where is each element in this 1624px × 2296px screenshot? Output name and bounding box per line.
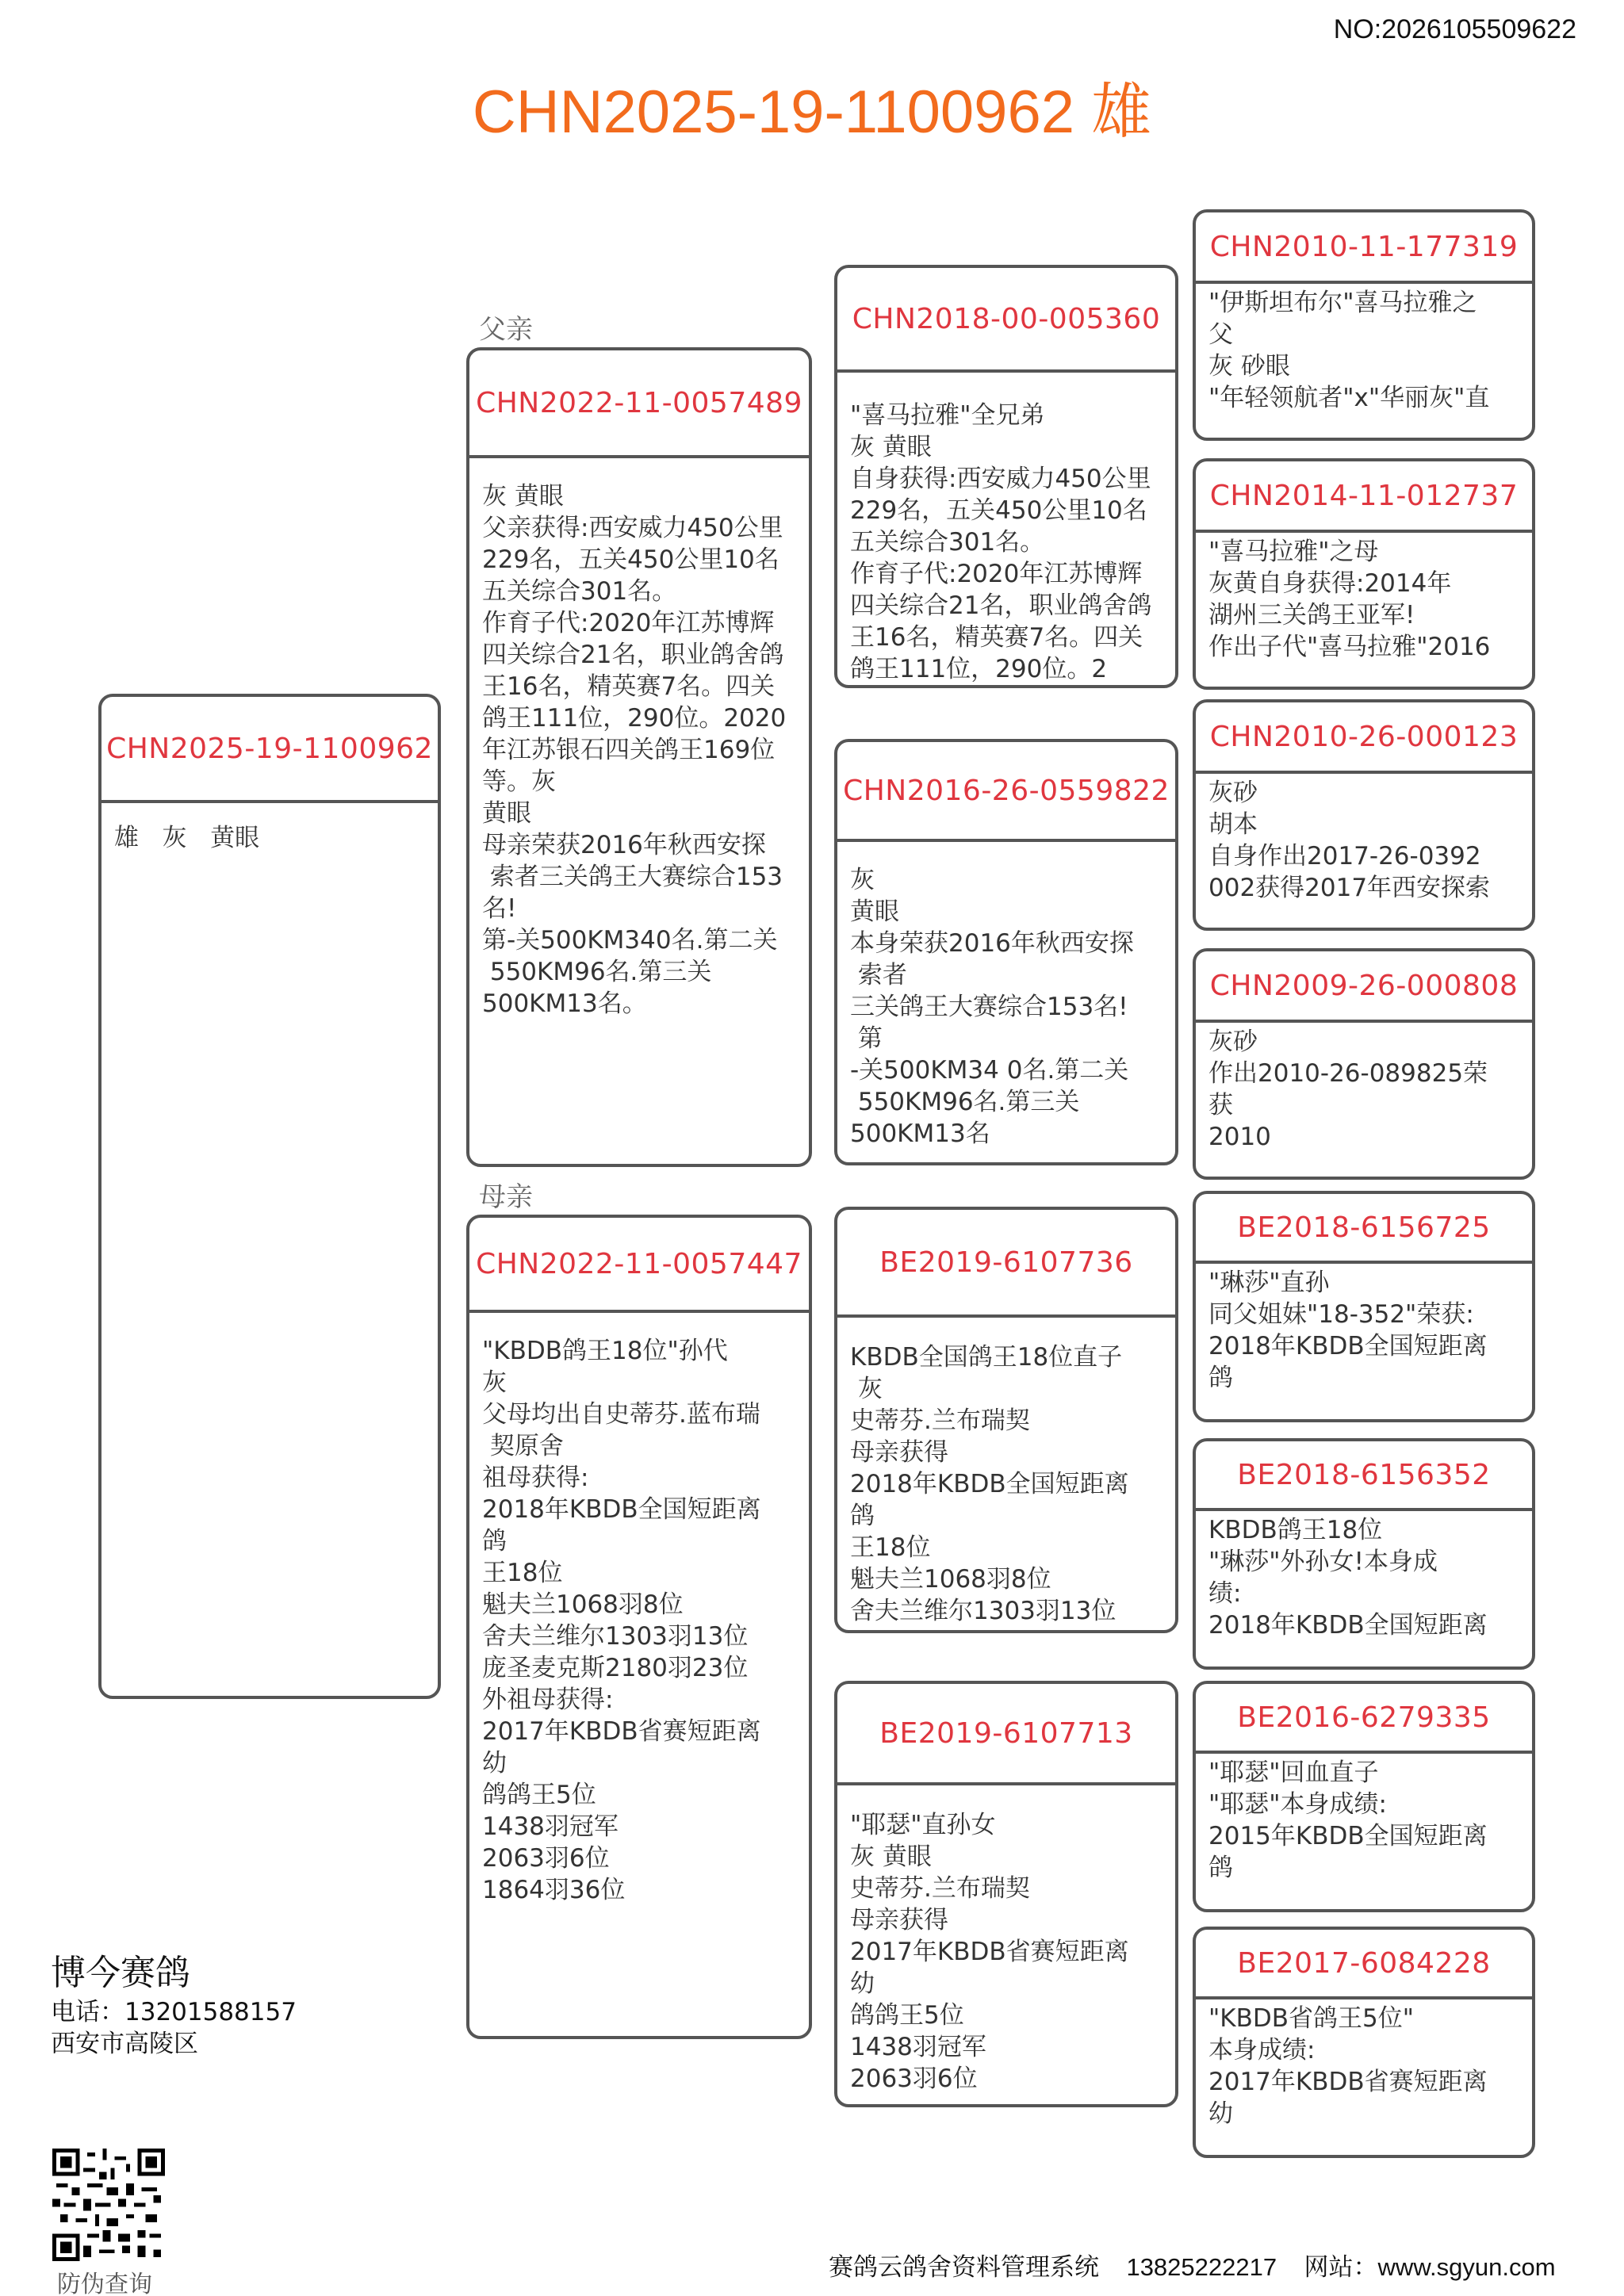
- great-grandparent-card: BE2017-6084228 "KBDB省鸽王5位" 本身成绩: 2017年KB…: [1193, 1927, 1535, 2158]
- paternal-grandmother-card: CHN2016-26-0559822 灰 黄眼 本身荣获2016年秋西安探 索者…: [834, 739, 1178, 1165]
- page-title: CHN2025-19-1100962 雄: [0, 63, 1624, 150]
- qr-code-icon[interactable]: [52, 2149, 165, 2261]
- great-grandparent-card: BE2018-6156352 KBDB鸽王18位 "琳莎"外孙女!本身成 绩: …: [1193, 1438, 1535, 1670]
- subject-card: CHN2025-19-1100962 雄 灰 黄眼: [98, 694, 441, 1699]
- subject-details: 雄 灰 黄眼: [101, 803, 438, 854]
- paternal-grandmother-ring: CHN2016-26-0559822: [837, 742, 1175, 842]
- great-grandparent-ring: BE2018-6156352: [1196, 1441, 1532, 1511]
- father-card: CHN2022-11-0057489 灰 黄眼 父亲获得:西安威力450公里22…: [466, 347, 812, 1167]
- great-grandparent-details: "琳莎"直孙 同父姐妹"18-352"荣获: 2018年KBDB全国短距离 鸽: [1196, 1264, 1532, 1394]
- mother-card: CHN2022-11-0057447 "KBDB鸽王18位"孙代 灰 父母均出自…: [466, 1215, 812, 2039]
- breeder-name: 博今赛鸽: [51, 1944, 190, 1995]
- mother-ring: CHN2022-11-0057447: [469, 1218, 809, 1313]
- breeder-address: 西安市高陵区: [51, 2023, 198, 2059]
- qr-label: 防伪查询: [57, 2264, 152, 2296]
- subject-ring: CHN2025-19-1100962: [101, 697, 438, 803]
- great-grandparent-details: 灰砂 作出2010-26-089825荣 获 2010: [1196, 1023, 1532, 1153]
- great-grandparent-card: CHN2010-11-177319 "伊斯坦布尔"喜马拉雅之 父 灰 砂眼 "年…: [1193, 209, 1535, 441]
- paternal-grandmother-details: 灰 黄眼 本身荣获2016年秋西安探 索者 三关鸽王大赛综合153名! 第 -关…: [837, 842, 1175, 1150]
- great-grandparent-details: KBDB鸽王18位 "琳莎"外孙女!本身成 绩: 2018年KBDB全国短距离: [1196, 1511, 1532, 1641]
- great-grandparent-details: "KBDB省鸽王5位" 本身成绩: 2017年KBDB省赛短距离 幼: [1196, 1999, 1532, 2130]
- great-grandparent-card: CHN2009-26-000808 灰砂 作出2010-26-089825荣 获…: [1193, 948, 1535, 1180]
- footer-text: 赛鸽云鸽舍资料管理系统 13825222217 网站：www.sgyun.com: [829, 2247, 1556, 2283]
- great-grandparent-details: "喜马拉雅"之母 灰黄自身获得:2014年 湖州三关鸽王亚军! 作出子代"喜马拉…: [1196, 533, 1532, 663]
- paternal-grandfather-details: "喜马拉雅"全兄弟 灰 黄眼 自身获得:西安威力450公里229名，五关450公…: [837, 373, 1175, 685]
- paternal-grandfather-ring: CHN2018-00-005360: [837, 268, 1175, 373]
- great-grandparent-ring: CHN2009-26-000808: [1196, 951, 1532, 1023]
- great-grandparent-details: "耶瑟"回血直子 "耶瑟"本身成绩: 2015年KBDB全国短距离 鸽: [1196, 1754, 1532, 1884]
- mother-details: "KBDB鸽王18位"孙代 灰 父母均出自史蒂芬.蓝布瑞 契原舍 祖母获得: 2…: [469, 1313, 809, 1906]
- maternal-grandfather-card: BE2019-6107736 KBDB全国鸽王18位直子 灰 史蒂芬.兰布瑞契 …: [834, 1207, 1178, 1633]
- great-grandparent-details: "伊斯坦布尔"喜马拉雅之 父 灰 砂眼 "年轻领航者"x"华丽灰"直: [1196, 284, 1532, 414]
- great-grandparent-card: BE2018-6156725 "琳莎"直孙 同父姐妹"18-352"荣获: 20…: [1193, 1191, 1535, 1422]
- great-grandparent-ring: CHN2010-11-177319: [1196, 212, 1532, 284]
- great-grandparent-card: CHN2014-11-012737 "喜马拉雅"之母 灰黄自身获得:2014年 …: [1193, 458, 1535, 690]
- paternal-grandfather-card: CHN2018-00-005360 "喜马拉雅"全兄弟 灰 黄眼 自身获得:西安…: [834, 265, 1178, 688]
- great-grandparent-ring: BE2016-6279335: [1196, 1684, 1532, 1754]
- document-number: NO:2026105509622: [1334, 14, 1576, 45]
- father-label: 父亲: [479, 308, 533, 346]
- maternal-grandmother-card: BE2019-6107713 "耶瑟"直孙女 灰 黄眼 史蒂芬.兰布瑞契 母亲获…: [834, 1681, 1178, 2107]
- great-grandparent-ring: CHN2014-11-012737: [1196, 461, 1532, 533]
- mother-label: 母亲: [479, 1175, 533, 1214]
- great-grandparent-ring: CHN2010-26-000123: [1196, 702, 1532, 774]
- maternal-grandfather-ring: BE2019-6107736: [837, 1210, 1175, 1318]
- father-details: 灰 黄眼 父亲获得:西安威力450公里229名，五关450公里10名五关综合30…: [469, 458, 809, 1020]
- great-grandparent-details: 灰砂 胡本 自身作出2017-26-0392 002获得2017年西安探索: [1196, 774, 1532, 904]
- great-grandparent-card: CHN2010-26-000123 灰砂 胡本 自身作出2017-26-0392…: [1193, 699, 1535, 931]
- maternal-grandfather-details: KBDB全国鸽王18位直子 灰 史蒂芬.兰布瑞契 母亲获得 2018年KBDB全…: [837, 1318, 1175, 1627]
- great-grandparent-ring: BE2017-6084228: [1196, 1930, 1532, 1999]
- maternal-grandmother-ring: BE2019-6107713: [837, 1684, 1175, 1785]
- great-grandparent-ring: BE2018-6156725: [1196, 1194, 1532, 1264]
- breeder-phone: 电话：13201588157: [51, 1992, 297, 2027]
- maternal-grandmother-details: "耶瑟"直孙女 灰 黄眼 史蒂芬.兰布瑞契 母亲获得 2017年KBDB省赛短距…: [837, 1785, 1175, 2095]
- great-grandparent-card: BE2016-6279335 "耶瑟"回血直子 "耶瑟"本身成绩: 2015年K…: [1193, 1681, 1535, 1912]
- father-ring: CHN2022-11-0057489: [469, 350, 809, 458]
